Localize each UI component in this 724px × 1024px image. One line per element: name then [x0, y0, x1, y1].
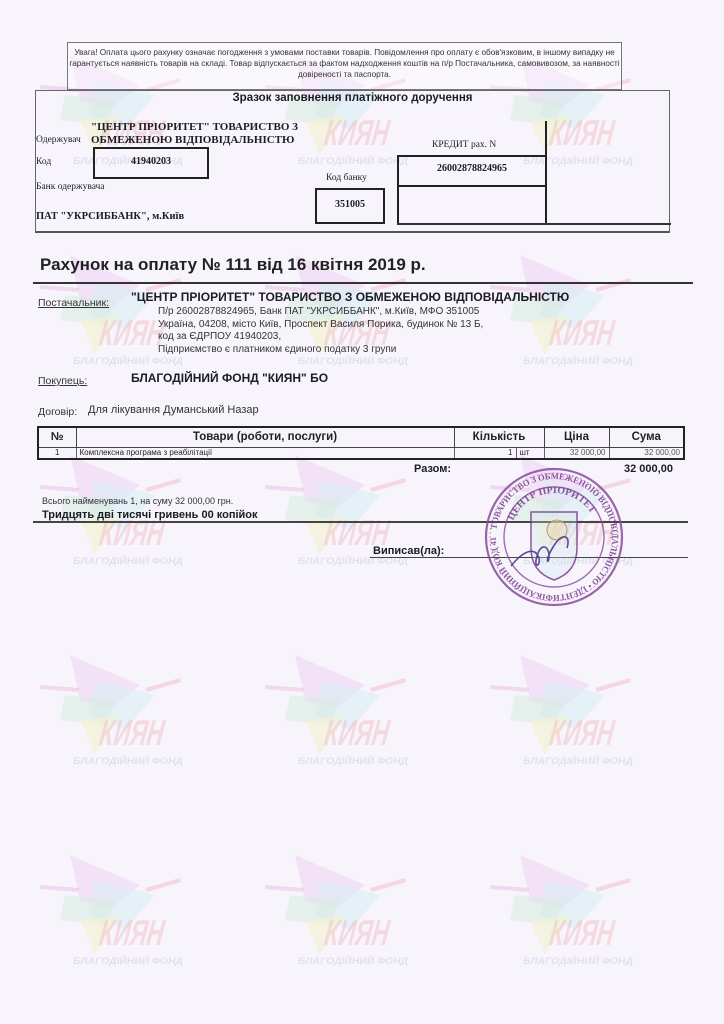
svg-text:БЛАГОДІЙНИЙ ФОНД: БЛАГОДІЙНИЙ ФОНД	[298, 355, 409, 366]
divider	[33, 282, 693, 284]
supplier-name: "ЦЕНТР ПРІОРИТЕТ" ТОВАРИСТВО З ОБМЕЖЕНОЮ…	[131, 290, 569, 304]
watermark-logo: КИЯНБЛАГОДІЙНИЙ ФОНД	[490, 640, 670, 780]
buyer-name: БЛАГОДІЙНИЙ ФОНД "КИЯН" БО	[131, 371, 328, 385]
svg-text:КИЯН: КИЯН	[547, 712, 617, 753]
bank-code-label: Код банку	[326, 173, 367, 183]
svg-text:БЛАГОДІЙНИЙ ФОНД: БЛАГОДІЙНИЙ ФОНД	[73, 955, 184, 966]
row-price: 32 000,00	[544, 447, 609, 459]
watermark-logo: КИЯНБЛАГОДІЙНИЙ ФОНД	[265, 440, 445, 580]
bank-code-value: 351005	[315, 188, 385, 224]
svg-text:КИЯН: КИЯН	[322, 712, 392, 753]
svg-text:БЛАГОДІЙНИЙ ФОНД: БЛАГОДІЙНИЙ ФОНД	[73, 355, 184, 366]
bank-label: Банк одержувача	[36, 182, 105, 192]
recipient-name: "ЦЕНТР ПРІОРИТЕТ" ТОВАРИСТВО З ОБМЕЖЕНОЮ…	[91, 121, 341, 147]
header-quantity: Кількість	[454, 427, 544, 447]
header-sum: Сума	[609, 427, 684, 447]
amount-in-words: Тридцять дві тисячі гривень 00 копійок	[42, 509, 258, 521]
buyer-label: Покупець:	[38, 375, 87, 387]
watermark-logo: КИЯНБЛАГОДІЙНИЙ ФОНД	[490, 240, 670, 380]
row-quantity: 1	[454, 447, 516, 459]
svg-text:БЛАГОДІЙНИЙ ФОНД: БЛАГОДІЙНИЙ ФОНД	[523, 355, 634, 366]
svg-text:БЛАГОДІЙНИЙ ФОНД: БЛАГОДІЙНИЙ ФОНД	[73, 555, 184, 566]
svg-text:КИЯН: КИЯН	[322, 912, 392, 953]
watermark-logo: КИЯНБЛАГОДІЙНИЙ ФОНД	[265, 840, 445, 980]
svg-text:БЛАГОДІЙНИЙ ФОНД: БЛАГОДІЙНИЙ ФОНД	[523, 755, 634, 766]
svg-text:БЛАГОДІЙНИЙ ФОНД: БЛАГОДІЙНИЙ ФОНД	[523, 955, 634, 966]
payment-notice: Увага! Оплата цього рахунку означає пого…	[67, 42, 622, 90]
payment-sample-title: Зразок заповнення платіжного доручення	[36, 92, 669, 104]
recipient-label: Одержувач	[36, 135, 81, 145]
signed-by-label: Виписав(ла):	[373, 545, 444, 557]
supplier-detail-line: Підприємство є платником єдиного податку…	[158, 344, 483, 357]
items-count-line: Всього найменувань 1, на суму 32 000,00 …	[42, 496, 233, 506]
watermark-logo: КИЯНБЛАГОДІЙНИЙ ФОНД	[40, 640, 220, 780]
supplier-label: Постачальник:	[38, 297, 109, 309]
code-value: 41940203	[93, 147, 209, 179]
total-label: Разом:	[414, 463, 451, 475]
svg-text:КИЯН: КИЯН	[97, 312, 167, 353]
header-number: №	[38, 427, 76, 447]
watermark-logo: КИЯНБЛАГОДІЙНИЙ ФОНД	[265, 640, 445, 780]
svg-text:БЛАГОДІЙНИЙ ФОНД: БЛАГОДІЙНИЙ ФОНД	[298, 755, 409, 766]
table-row: 1 Комплексна програма з реабілітації 1 ш…	[38, 447, 684, 459]
total-value: 32 000,00	[624, 463, 673, 475]
header-goods: Товари (роботи, послуги)	[76, 427, 454, 447]
svg-text:КИЯН: КИЯН	[547, 912, 617, 953]
supplier-detail-line: П/р 26002878824965, Банк ПАТ "УКРСИББАНК…	[158, 306, 483, 319]
row-unit: шт	[516, 447, 544, 459]
credit-account-box: 26002878824965	[397, 155, 547, 225]
contract-value: Для лікування Думанський Назар	[88, 404, 259, 416]
row-sum: 32 000,00	[609, 447, 684, 459]
svg-text:КИЯН: КИЯН	[547, 312, 617, 353]
svg-text:КИЯН: КИЯН	[97, 712, 167, 753]
items-table: № Товари (роботи, послуги) Кількість Цін…	[37, 426, 685, 460]
payment-sample-box: Зразок заповнення платіжного доручення "…	[35, 90, 670, 233]
svg-text:БЛАГОДІЙНИЙ ФОНД: БЛАГОДІЙНИЙ ФОНД	[298, 955, 409, 966]
stamp-seal-icon: ТОВАРИСТВО З ОБМЕЖЕНОЮ ВІДПОВІДАЛЬНІСТЮ …	[483, 466, 625, 608]
divider	[397, 223, 671, 225]
code-label: Код	[36, 157, 51, 167]
row-number: 1	[38, 447, 76, 459]
company-stamp: ТОВАРИСТВО З ОБМЕЖЕНОЮ ВІДПОВІДАЛЬНІСТЮ …	[483, 466, 625, 608]
row-name: Комплексна програма з реабілітації	[76, 447, 454, 459]
watermark-logo: КИЯНБЛАГОДІЙНИЙ ФОНД	[490, 840, 670, 980]
table-header-row: № Товари (роботи, послуги) Кількість Цін…	[38, 427, 684, 447]
supplier-detail-line: Україна, 04208, місто Київ, Проспект Вас…	[158, 319, 483, 332]
supplier-detail-line: код за ЄДРПОУ 41940203,	[158, 331, 483, 344]
bank-name: ПАТ "УКРСИББАНК", м.Київ	[36, 211, 184, 222]
divider	[545, 121, 547, 225]
svg-text:КИЯН: КИЯН	[97, 912, 167, 953]
supplier-details: П/р 26002878824965, Банк ПАТ "УКРСИББАНК…	[158, 306, 483, 356]
contract-label: Договір:	[38, 406, 77, 418]
header-price: Ціна	[544, 427, 609, 447]
credit-account-label: КРЕДИТ рах. N	[432, 140, 496, 150]
svg-text:БЛАГОДІЙНИЙ ФОНД: БЛАГОДІЙНИЙ ФОНД	[73, 755, 184, 766]
credit-account-value: 26002878824965	[399, 157, 545, 187]
invoice-title: Рахунок на оплату № 111 від 16 квітня 20…	[40, 255, 426, 275]
watermark-logo: КИЯНБЛАГОДІЙНИЙ ФОНД	[40, 840, 220, 980]
